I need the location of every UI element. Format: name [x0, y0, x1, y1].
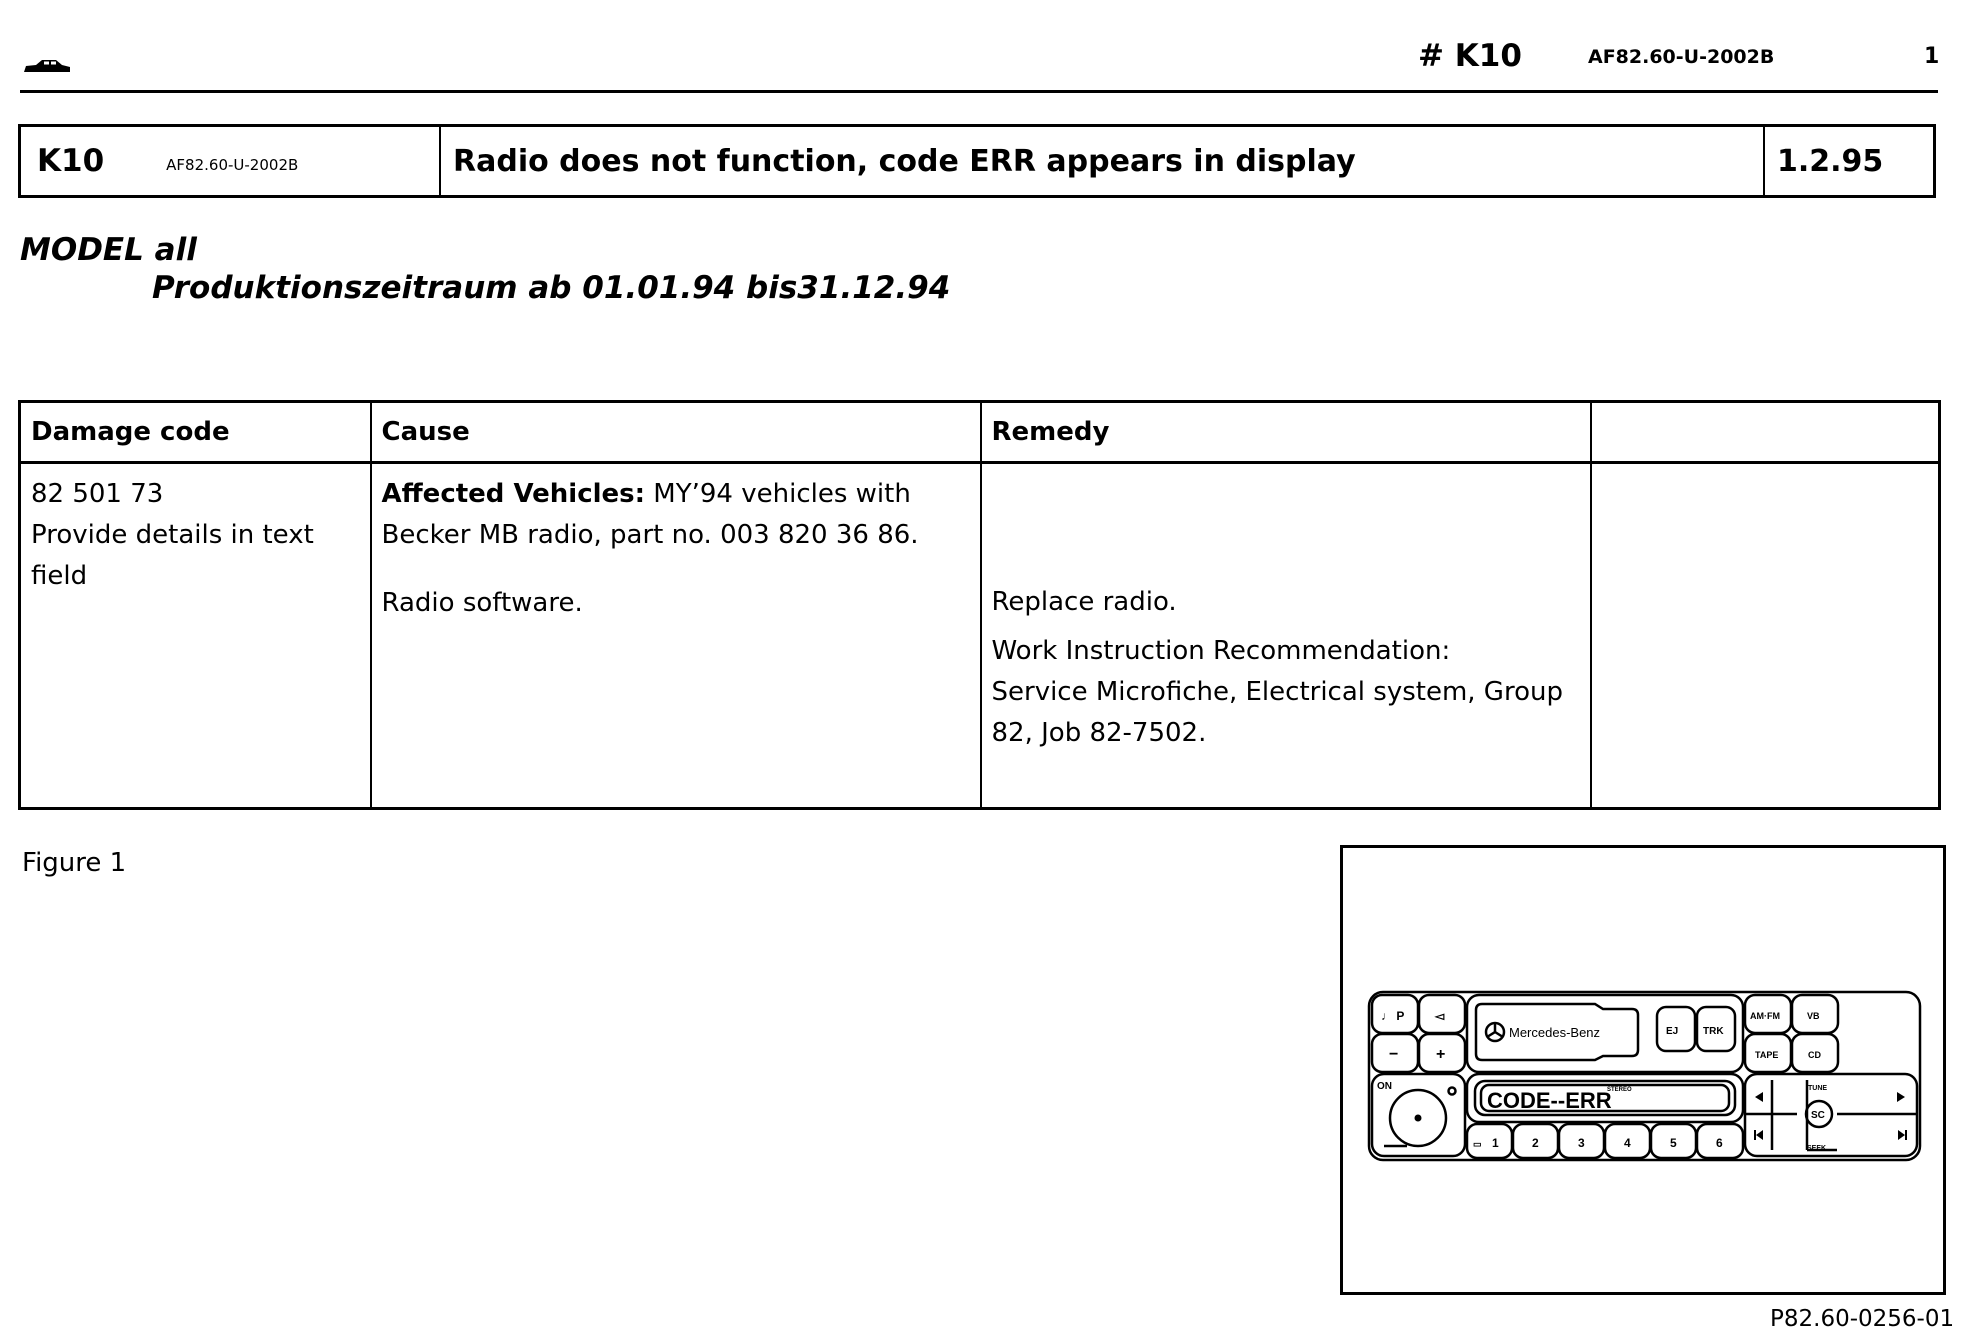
- minus-button-label: −: [1389, 1046, 1398, 1063]
- cd-button-label: CD: [1808, 1050, 1821, 1060]
- plus-button-label: +: [1436, 1046, 1445, 1063]
- header-rule: [20, 90, 1938, 93]
- damage-code-note: Provide details in text field: [31, 515, 360, 597]
- model-line: MODEL all: [20, 232, 197, 268]
- page-title: Radio does not function, code ERR appear…: [453, 144, 1356, 179]
- ej-button-label: EJ: [1666, 1026, 1678, 1037]
- on-label: ON: [1377, 1081, 1392, 1092]
- title-block: K10 AF82.60-U-2002B Radio does not funct…: [18, 124, 1936, 198]
- page-number: 1: [1924, 44, 1939, 69]
- mute-button-label: ◅: [1434, 1009, 1445, 1023]
- affected-vehicles: Affected Vehicles: MY’94 vehicles with B…: [382, 474, 970, 556]
- cause-cell: Affected Vehicles: MY’94 vehicles with B…: [371, 463, 981, 809]
- tune-left-icon: [1755, 1092, 1763, 1102]
- figure-id: P82.60-0256-01: [1770, 1306, 1954, 1332]
- trk-button-label: TRK: [1703, 1026, 1724, 1037]
- car-icon: [22, 58, 72, 76]
- tune-right-icon: [1897, 1092, 1905, 1102]
- remedy-action: Replace radio.: [992, 582, 1580, 623]
- title-doc-number: AF82.60-U-2002B: [166, 156, 298, 174]
- header-doc-number: AF82.60-U-2002B: [1588, 46, 1774, 68]
- preset-3-label: 3: [1578, 1136, 1585, 1150]
- remedy-cell: Replace radio. Work Instruction Recommen…: [981, 463, 1591, 809]
- work-instruction-label: Work Instruction Recommendation:: [992, 631, 1580, 672]
- seek-label: SEEK: [1807, 1145, 1826, 1152]
- production-period: Produktionszeitraum ab 01.01.94 bis31.12…: [152, 270, 950, 306]
- dp-button-label: ♩ P: [1381, 1009, 1404, 1023]
- preset-2-label: 2: [1532, 1136, 1539, 1150]
- radio-illustration: ♩ P ◅ − + ON Mercedes-Benz EJ TRK CODE--…: [1367, 990, 1922, 1162]
- title-code-cell: K10 AF82.60-U-2002B: [21, 127, 441, 195]
- figure-box: ♩ P ◅ − + ON Mercedes-Benz EJ TRK CODE--…: [1340, 845, 1946, 1295]
- header-code: # K10: [1418, 38, 1522, 74]
- work-instruction-text: Service Microfiche, Electrical system, G…: [992, 672, 1580, 754]
- vb-button-label: VB: [1807, 1011, 1820, 1021]
- stereo-indicator: STEREO: [1607, 1087, 1632, 1093]
- affected-label: Affected Vehicles:: [382, 479, 646, 509]
- damage-code-cell: 82 501 73 Provide details in text field: [20, 463, 371, 809]
- col-extra: [1591, 402, 1940, 463]
- cause-text: Radio software.: [382, 583, 970, 624]
- figure-label: Figure 1: [22, 848, 126, 878]
- issue-date: 1.2.95: [1777, 144, 1883, 179]
- tune-label: TUNE: [1808, 1085, 1827, 1092]
- brand-label: Mercedes-Benz: [1509, 1025, 1600, 1040]
- col-damage-code: Damage code: [20, 402, 371, 463]
- title-text-cell: Radio does not function, code ERR appear…: [441, 127, 1765, 195]
- table-row: 82 501 73 Provide details in text field …: [20, 463, 1940, 809]
- preset-5-label: 5: [1670, 1136, 1677, 1150]
- title-date-cell: 1.2.95: [1765, 127, 1933, 195]
- tape-button-label: TAPE: [1755, 1050, 1778, 1060]
- seek-back-icon: [1754, 1130, 1763, 1140]
- col-cause: Cause: [371, 402, 981, 463]
- extra-cell: [1591, 463, 1940, 809]
- title-code: K10: [37, 143, 104, 179]
- preset-1-label: 1: [1492, 1136, 1499, 1150]
- preset-4-label: 4: [1624, 1136, 1631, 1150]
- damage-code: 82 501 73: [31, 474, 360, 515]
- preset-6-label: 6: [1716, 1136, 1723, 1150]
- cd-indicator: ▭: [1473, 1139, 1482, 1149]
- amfm-button-label: AM·FM: [1750, 1011, 1780, 1021]
- damage-table: Damage code Cause Remedy 82 501 73 Provi…: [18, 400, 1941, 810]
- sc-button-label: SC: [1811, 1110, 1825, 1121]
- col-remedy: Remedy: [981, 402, 1591, 463]
- radio-display-text: CODE--ERR: [1487, 1088, 1612, 1113]
- table-header-row: Damage code Cause Remedy: [20, 402, 1940, 463]
- seek-forward-icon: [1898, 1130, 1907, 1140]
